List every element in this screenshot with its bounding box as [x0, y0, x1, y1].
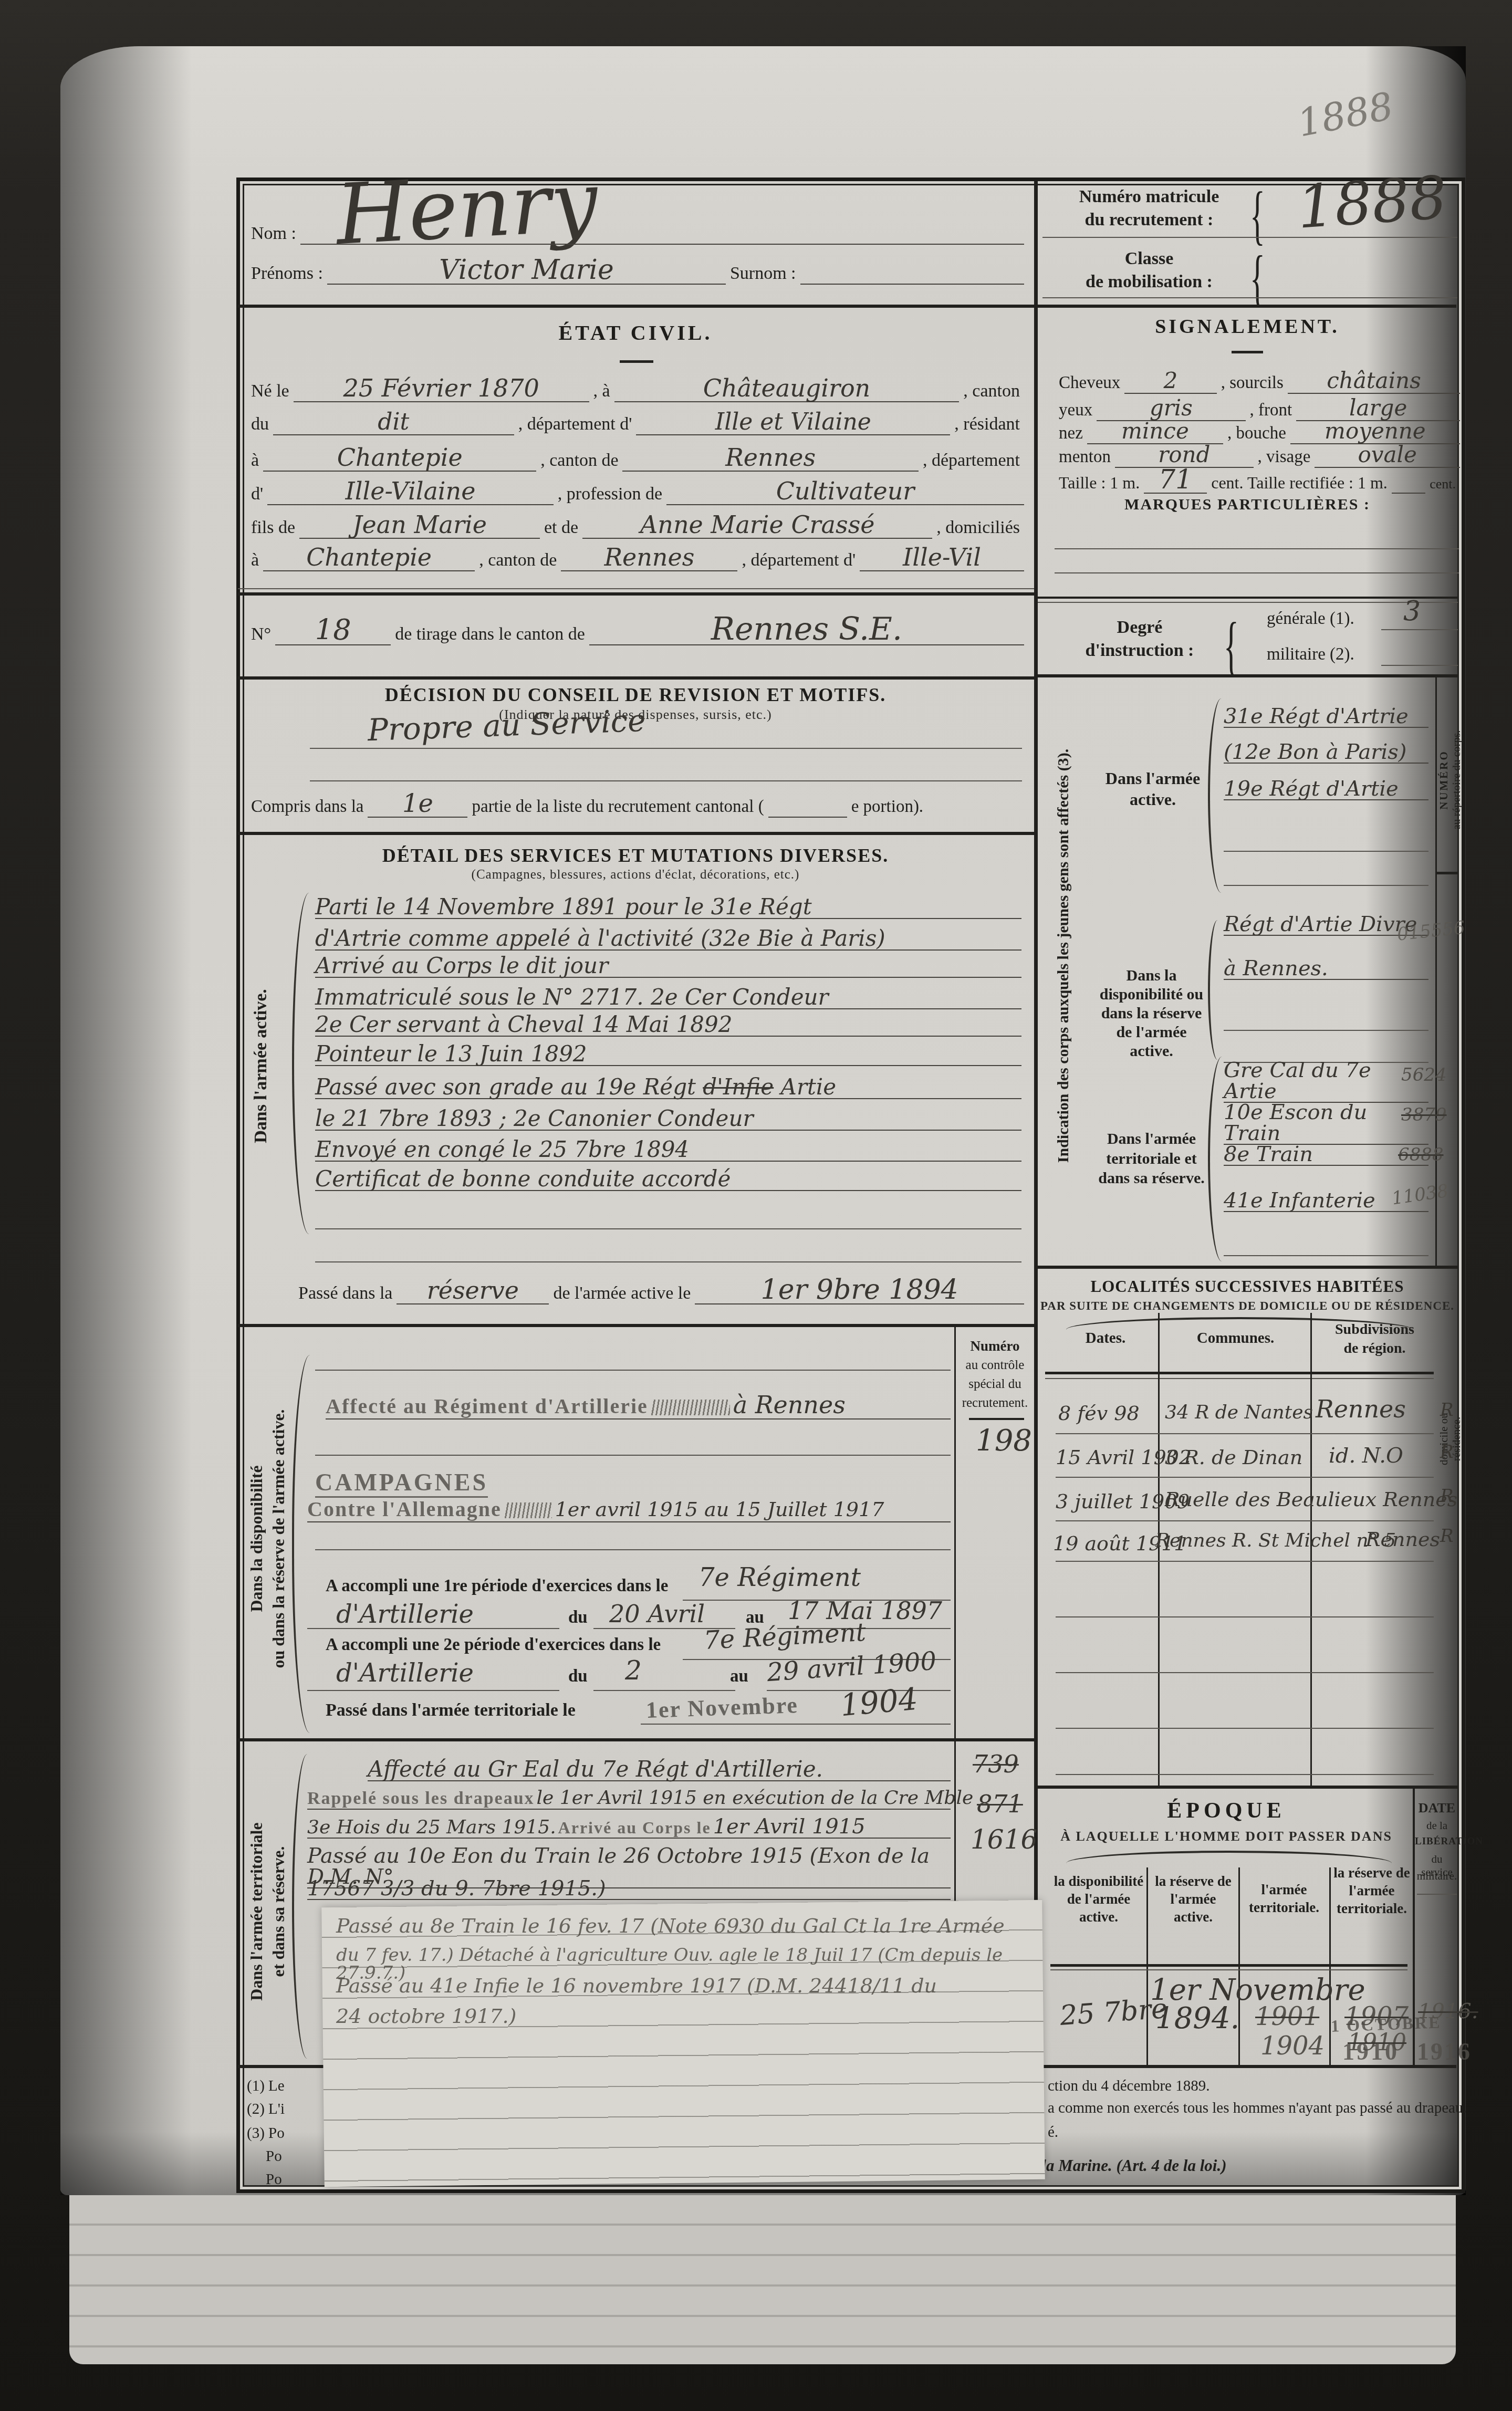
contre-allemagne-dates: 1er avril 1915 au 15 Juillet 1917 — [555, 1498, 884, 1521]
etat-line-6: à Chantepie , canton de Rennes , départe… — [247, 545, 1024, 571]
degre-label-1: Degré — [1071, 618, 1208, 638]
passe-date-field: 1er 9bre 1894 — [695, 1276, 1024, 1304]
loc-row4-commune: Rennes R. St Michel n° 5 — [1155, 1531, 1376, 1550]
ne-le-label: Né le — [247, 381, 294, 401]
cheveux-value: 2 — [1164, 370, 1178, 392]
dept-res-value: Ille-Vilaine — [346, 479, 476, 503]
compris-partie-value: 1e — [402, 791, 433, 816]
decision-bottom-divider — [238, 832, 1034, 835]
departement-value: Ille et Vilaine — [715, 411, 871, 434]
periode1-artillerie: d'Artillerie — [336, 1602, 474, 1627]
sig-row-3: nez mince , bouche moyenne — [1055, 420, 1460, 444]
rule — [307, 1628, 559, 1629]
blot-scribble — [505, 1502, 552, 1518]
canton-de-label: , canton de — [536, 451, 622, 471]
taille-value: 71 — [1159, 466, 1192, 493]
side-dispo-line-1: Dans la disponibilité — [247, 1465, 266, 1612]
domicilies-label: , domiciliés — [932, 518, 1024, 538]
nom-row: Nom : — [247, 224, 1024, 245]
father-field: Jean Marie — [299, 513, 540, 539]
nom-label: Nom : — [247, 224, 300, 244]
matricule-value: 1888 — [1295, 168, 1448, 237]
rule — [1045, 1378, 1434, 1379]
a-label: , à — [589, 381, 614, 401]
passe-reserve-value: réserve — [427, 1278, 519, 1302]
terr-line-9: 24 octobre 1917.) — [336, 2006, 1029, 2026]
tirage-num-field: 18 — [275, 616, 391, 645]
ep-col-line-3 — [1329, 1867, 1331, 2066]
terr-line-3a: 3e Hois du 25 Mars 1915. — [307, 1817, 556, 1838]
etat-line-3: à Chantepie , canton de Rennes , départe… — [247, 445, 1024, 472]
corps-dispo-entry-2: à Rennes. — [1224, 958, 1428, 980]
visage-field: ovale — [1315, 444, 1460, 468]
rule — [1381, 665, 1458, 666]
etat-line-2: du dit , département d' Ille et Vilaine … — [247, 411, 1024, 435]
ep-script-novembre: 1er Novembre — [1150, 1976, 1365, 2005]
etat-civil-dash — [620, 360, 653, 363]
etat-line-4: d' Ille-Vilaine , profession de Cultivat… — [247, 479, 1024, 505]
rule — [1056, 1728, 1434, 1729]
taille-rect-label: cent. Taille rectifiée : 1 m. — [1207, 473, 1392, 493]
bouche-label: , bouche — [1223, 424, 1290, 443]
rule — [1224, 1030, 1428, 1031]
compris-row: Compris dans la 1e partie de la liste du… — [247, 791, 1024, 818]
footnote-1-end: ction du 4 décembre 1889. — [1048, 2078, 1209, 2095]
footnote-2-end: a comme non exercés tous les hommes n'ay… — [1048, 2100, 1467, 2117]
periode2-au-label: au — [730, 1667, 748, 1686]
rule — [238, 588, 1034, 589]
canton-label: , canton — [959, 381, 1024, 401]
departement3-label: , département d' — [737, 550, 860, 570]
periode1-label: A accompli une 1re période d'exercices d… — [326, 1577, 668, 1596]
bouche-value: moyenne — [1325, 420, 1426, 442]
group-terr-label: Dans l'armée territoriale et dans sa rés… — [1098, 1129, 1205, 1188]
svc-line-6: Pointeur le 13 Juin 1892 — [315, 1043, 1021, 1066]
tirage-canton-value: Rennes S.E. — [711, 613, 902, 645]
et-de-label: et de — [540, 518, 582, 538]
visage-label: , visage — [1254, 447, 1315, 467]
svc-line-7: Passé avec son grade au 19e Régt d'Infie… — [315, 1076, 1021, 1099]
periode2-artillerie: d'Artillerie — [336, 1661, 474, 1686]
rule — [1042, 237, 1457, 238]
nez-label: nez — [1055, 424, 1087, 443]
sig-bottom-divider — [1038, 674, 1458, 677]
cheveux-field: 2 — [1124, 370, 1216, 394]
rule — [315, 1261, 1021, 1262]
side-terr-line-1: Dans l'armée territoriale — [247, 1822, 266, 2000]
rule — [1056, 1477, 1434, 1478]
group-dispo-label: Dans la disponibilité ou dans la réserve… — [1098, 966, 1205, 1061]
dispo-bottom-divider — [238, 1738, 1034, 1741]
loc-row4-subdiv: Rennes — [1365, 1529, 1440, 1549]
compris-label: Compris dans la — [247, 797, 368, 817]
rule — [1224, 851, 1428, 852]
rule — [315, 1455, 951, 1456]
gutter-shadow — [60, 46, 192, 2195]
rule — [1381, 629, 1458, 630]
signalement-title: SIGNALEMENT. — [1037, 315, 1457, 338]
compris-mid-label: partie de la liste du recrutement canton… — [467, 797, 768, 817]
rule — [1042, 297, 1457, 298]
ep-col4-header: la réserve de l'armée territoriale. — [1332, 1864, 1411, 1917]
corps-terr-entry-1: Gre Cal du 7e Artie — [1224, 1060, 1428, 1103]
canton3-label: , canton de — [475, 550, 561, 570]
sourcils-label: , sourcils — [1217, 373, 1288, 393]
numero-repertoire-label-2: au répertoire du corps. — [1450, 730, 1463, 830]
periode1-regiment: 7e Régiment — [698, 1565, 861, 1590]
svc-line-7a: Passé avec son grade au 19e Régt — [315, 1074, 696, 1100]
degre-label-2: d'instruction : — [1071, 641, 1208, 661]
svc-line-1: Parti le 14 Novembre 1891 pour le 31e Ré… — [315, 896, 1021, 919]
localites-top-divider — [1038, 1266, 1458, 1269]
footnote-2-start: (2) L'i — [247, 2101, 285, 2118]
terr-line-8: Passé au 41e Infie le 16 novembre 1917 (… — [336, 1976, 1029, 1996]
corps-terr-num-2: 3879 — [1401, 1106, 1447, 1124]
taille-label: Taille : 1 m. — [1055, 473, 1144, 493]
stamp-1910: 1910 — [1342, 2038, 1399, 2065]
rule — [1056, 1520, 1434, 1521]
residence-value: Chantepie — [337, 445, 463, 469]
degre-brace: { — [1224, 608, 1239, 684]
loc-row1-date: 8 fév 98 — [1058, 1403, 1140, 1423]
group-dispo-brace — [1208, 920, 1225, 1060]
periode2-start: 2 — [625, 1657, 642, 1684]
signalement-dash — [1232, 351, 1263, 353]
sig-row-5: Taille : 1 m. 71 cent. Taille rectifiée … — [1055, 466, 1460, 494]
terr-line-2-hw: le 1er Avril 1915 en exécution de la Cre… — [537, 1787, 974, 1809]
parents-dept-value: Ille-Vil — [903, 545, 981, 569]
mother-field: Anne Marie Crassé — [582, 513, 932, 539]
date-lib-header-1: DATE — [1415, 1800, 1459, 1816]
prenoms-field: Victor Marie — [327, 256, 726, 285]
loc-row1-mark: R — [1440, 1401, 1454, 1419]
prenoms-row: Prénoms : Victor Marie Surnom : — [247, 256, 1024, 285]
corps-terr-num-1: 5624 — [1401, 1066, 1447, 1084]
passe-territoriale-label: Passé dans l'armée territoriale le — [326, 1700, 576, 1720]
compris-end-label: e portion). — [847, 797, 927, 817]
rule — [1056, 1433, 1434, 1434]
contre-allemagne-line: Contre l'Allemagne1er avril 1915 au 15 J… — [307, 1497, 951, 1522]
parents-dept-field: Ille-Vil — [860, 545, 1024, 571]
corps-active-entry-1: 31e Régt d'Artrie — [1224, 706, 1428, 728]
ep-col2-header: la réserve de l'armée active. — [1150, 1873, 1236, 1926]
affecte-line: Affecté au Régiment d'Artillerieà Rennes — [326, 1393, 951, 1420]
col-dates-header: Dates. — [1056, 1330, 1155, 1347]
illegible-scribble — [651, 1400, 730, 1415]
rule — [1224, 1255, 1428, 1256]
compris-portion-field — [768, 797, 847, 818]
a3-label: à — [247, 550, 263, 570]
matricule-label-2: du recrutement : — [1055, 210, 1244, 230]
corps-active-entry-3: 19e Régt d'Artie — [1224, 778, 1428, 800]
rule — [1038, 602, 1458, 603]
cheveux-label: Cheveux — [1055, 373, 1124, 393]
surnom-field — [800, 264, 1024, 285]
col-subdiv-header-2: de région. — [1316, 1340, 1434, 1357]
premier-novembre-stamp: 1er Novembre — [645, 1692, 799, 1724]
passe-reserve-field: réserve — [397, 1278, 549, 1304]
page-stack-edge — [69, 2195, 1456, 2364]
corps-terr-num-3: 6888 — [1398, 1146, 1444, 1164]
terr-line-5: 17567 3/3 du 9. 7bre 1915.) — [307, 1878, 951, 1900]
footnote-5-start: Po — [266, 2171, 282, 2188]
tirage-num-value: 18 — [315, 616, 351, 644]
rule — [310, 780, 1022, 781]
loc-row3-mark: R — [1440, 1487, 1454, 1505]
prenoms-label: Prénoms : — [247, 264, 327, 284]
repertoire-margin-line — [1435, 677, 1437, 1267]
svc-line-9: Envoyé en congé le 25 7bre 1894 — [315, 1139, 1021, 1162]
rule — [1050, 1969, 1407, 1970]
menton-label: menton — [1055, 447, 1115, 467]
classe-label-2: de mobilisation : — [1055, 272, 1244, 292]
canton-dit-field: dit — [273, 411, 514, 435]
residant-label: , résidant — [950, 414, 1024, 434]
ep-col-line-1 — [1146, 1867, 1148, 2066]
generale-value: 3 — [1403, 598, 1421, 625]
svc-line-10: Certificat de bonne conduite accordé — [315, 1168, 1021, 1191]
rule-heavy — [1038, 597, 1458, 599]
controle-label-3: spécial du — [957, 1377, 1033, 1392]
periode2-du-label: du — [568, 1667, 588, 1686]
col-communes-header: Communes. — [1163, 1330, 1308, 1347]
sig-row-4: menton rond , visage ovale — [1055, 444, 1460, 468]
campagnes-stamp: CAMPAGNES — [315, 1468, 488, 1498]
loc-row2-commune: 3 R. de Dinan — [1165, 1447, 1302, 1467]
tirage-mid-label: de tirage dans le canton de — [391, 624, 589, 644]
services-title: DÉTAIL DES SERVICES ET MUTATIONS DIVERSE… — [236, 844, 1035, 867]
rule — [1056, 1672, 1434, 1673]
rule — [641, 1724, 951, 1725]
marques-title: MARQUES PARTICULIÈRES : — [1037, 496, 1457, 514]
profession-field: Cultivateur — [666, 479, 1024, 505]
corps-active-entry-2: (12e Bon à Paris) — [1224, 742, 1428, 764]
loc-row2-subdiv: id. N.O — [1329, 1445, 1403, 1466]
rule — [1055, 572, 1459, 573]
affecte-stamp: Affecté au Régiment d'Artillerie — [326, 1394, 648, 1418]
periode2-label: A accompli une 2e période d'exercices da… — [326, 1635, 661, 1655]
footnote-3-start: (3) Po — [247, 2125, 285, 2142]
residence-field: Chantepie — [263, 445, 536, 472]
rule — [310, 748, 1022, 749]
nez-field: mince — [1087, 420, 1223, 444]
birthdate-value: 25 Février 1870 — [343, 376, 539, 400]
terr-line-1: Affecté au Gr Eal du 7e Régt d'Artilleri… — [368, 1758, 951, 1781]
surnom-label: Surnom : — [726, 264, 800, 284]
side-label-indication-corps: Indication des corps auxquels les jeunes… — [1055, 680, 1078, 1231]
etat-bottom-divider — [238, 676, 1034, 680]
a2-label: à — [247, 451, 263, 471]
birthplace-field: Châteaugiron — [614, 376, 960, 402]
pasted-paper-overlay — [321, 1900, 1045, 2187]
svc-line-2: d'Artrie comme appelé à l'activité (32e … — [315, 927, 1021, 951]
controle-label-1: Numéro — [957, 1338, 1033, 1354]
rule — [593, 1690, 735, 1691]
parents-commune-field: Chantepie — [263, 545, 475, 571]
header-divider — [238, 305, 1456, 308]
svc-line-7b: Artie — [781, 1074, 837, 1100]
yeux-value: gris — [1150, 397, 1193, 419]
parents-canton-value: Rennes — [604, 545, 694, 569]
ep-terr-value-new: 1904 — [1260, 2033, 1325, 2059]
localites-subtitle: PAR SUITE DE CHANGEMENTS DE DOMICILE OU … — [1037, 1299, 1457, 1313]
periode1-du-label: du — [568, 1608, 588, 1627]
mother-value: Anne Marie Crassé — [640, 513, 874, 537]
compris-partie-field: 1e — [368, 791, 467, 818]
ep-col-line-2 — [1238, 1867, 1240, 2066]
terr-num-871: 871 — [977, 1792, 1023, 1816]
ep-col3-header: l'armée territoriale. — [1242, 1881, 1327, 1917]
repertoire-rule — [1437, 872, 1458, 874]
canton-res-field: Rennes — [622, 445, 919, 472]
date-lib-header-3: LIBÉRATION — [1415, 1836, 1459, 1848]
rule — [315, 1228, 1021, 1229]
periode1-start: 20 Avril — [609, 1602, 705, 1626]
bouche-field: moyenne — [1290, 420, 1460, 444]
terr-line-3: 3e Hois du 25 Mars 1915. Arrivé au Corps… — [307, 1816, 951, 1839]
etat-civil-title: ÉTAT CIVIL. — [236, 320, 1035, 345]
side-terr-line-2: et dans sa réserve. — [269, 1846, 288, 1977]
menton-value: rond — [1158, 444, 1210, 466]
sourcils-value: châtains — [1327, 370, 1421, 392]
rule — [1055, 548, 1459, 549]
svc-line-8: le 21 7bre 1893 ; 2e Canonier Condeur — [315, 1108, 1021, 1131]
svc-line-4: Immatriculé sous le N° 2717. 2e Cer Cond… — [315, 986, 1021, 1009]
epoque-subtitle: À LAQUELLE L'HOMME DOIT PASSER DANS — [1045, 1829, 1407, 1844]
stamp-1-octobre: 1 OCTOBRE — [1330, 2012, 1442, 2036]
canton-dit-value: dit — [378, 411, 409, 434]
rule — [1056, 1616, 1434, 1617]
loc-row4-mark: R — [1440, 1527, 1454, 1545]
controle-value: 198 — [976, 1426, 1032, 1456]
classe-label-1: Classe — [1055, 249, 1244, 269]
numero-repertoire-label-1: NUMÉRO — [1437, 750, 1450, 810]
cent-label: cent. — [1425, 476, 1460, 492]
group-active-label: Dans l'armée active. — [1103, 768, 1203, 810]
rule — [1417, 1894, 1457, 1895]
departement-label: , département d' — [514, 414, 637, 434]
father-value: Jean Marie — [352, 513, 487, 537]
side-dispo-line-2: ou dans la réserve de l'armée active. — [269, 1409, 288, 1668]
controle-rule — [969, 1418, 1024, 1420]
parents-canton-field: Rennes — [561, 545, 737, 571]
contre-allemagne-stamp: Contre l'Allemagne — [307, 1497, 502, 1521]
front-value: large — [1349, 397, 1407, 419]
dept-res-field: Ille-Vilaine — [267, 479, 554, 505]
d-label: d' — [247, 484, 267, 504]
generale-label: générale (1). — [1267, 609, 1354, 629]
passe-label: Passé dans la — [294, 1283, 397, 1303]
fils-de-label: fils de — [247, 518, 299, 538]
etat-line-1: Né le 25 Février 1870 , à Châteaugiron ,… — [247, 376, 1024, 402]
tirage-row: N° 18 de tirage dans le canton de Rennes… — [247, 613, 1024, 645]
sourcils-field: châtains — [1288, 370, 1460, 394]
decision-value: Propre au Service — [367, 705, 646, 745]
militaire-label: militaire (2). — [1267, 645, 1354, 664]
nom-field — [300, 224, 1024, 245]
services-bottom-divider — [238, 1324, 1034, 1327]
rule — [1056, 1774, 1434, 1775]
footnote-1-start: (1) Le — [247, 2078, 285, 2095]
repertoire-margin-label: NUMÉRO au répertoire du corps. — [1437, 680, 1464, 880]
visage-value: ovale — [1358, 444, 1417, 466]
date-lib-header-5: militaire. — [1415, 1870, 1459, 1883]
taille-rect-field — [1392, 473, 1425, 494]
terr-num-739: 739 — [973, 1752, 1019, 1776]
scanned-register-photo: 1888 Henry Nom : Prénoms : Victor Marie … — [0, 0, 1512, 2411]
main-column-divider — [1034, 181, 1038, 2068]
ep-reserve-value: 1894. — [1155, 2004, 1239, 2033]
loc-row3-commune: Ruelle des Beaulieux Rennes — [1165, 1489, 1427, 1509]
passe-reserve-row: Passé dans la réserve de l'armée active … — [294, 1276, 1024, 1304]
front-label: , front — [1246, 401, 1297, 420]
terr-line-3b: 1er Avril 1915 — [713, 1814, 866, 1839]
canton-res-value: Rennes — [725, 445, 816, 469]
rule — [315, 1370, 951, 1371]
sig-row-1: Cheveux 2 , sourcils châtains — [1055, 370, 1460, 394]
birthdate-field: 25 Février 1870 — [294, 376, 589, 402]
svc-line-5: 2e Cer servant à Cheval 14 Mai 1892 — [315, 1014, 1021, 1037]
terr-num-1616: 1616 — [971, 1826, 1037, 1853]
localites-title: LOCALITÉS SUCCESSIVES HABITÉES — [1037, 1277, 1457, 1296]
terr-line-2: Rappelé sous les drapeaux le 1er Avril 1… — [307, 1789, 951, 1810]
epoque-title: ÉPOQUE — [1045, 1798, 1407, 1823]
controle-label-2: au contrôle — [957, 1358, 1033, 1373]
ep-header-rule — [1050, 1964, 1407, 1967]
rule — [1224, 885, 1428, 886]
profession-label: , profession de — [554, 484, 666, 504]
ep-terr-value-old: 1901 — [1255, 2004, 1319, 2029]
birthplace-value: Châteaugiron — [703, 376, 870, 400]
rule — [1056, 1561, 1434, 1562]
side-label-armee-active: Dans l'armée active. — [251, 909, 278, 1224]
footnote-4-start: Po — [266, 2148, 282, 2165]
svc-line-7-struck: d'Infie — [703, 1074, 774, 1100]
du-label: du — [247, 414, 273, 434]
date-lib-header-2: de la — [1415, 1819, 1459, 1832]
passe-territoriale-year: 1904 — [839, 1684, 919, 1721]
controle-label-4: recrutement. — [957, 1396, 1033, 1411]
departement-field: Ille et Vilaine — [636, 411, 950, 435]
epoque-top-divider — [1038, 1786, 1458, 1789]
loc-header-rule — [1045, 1372, 1434, 1374]
prenoms-value: Victor Marie — [439, 256, 614, 284]
rule-heavy — [238, 592, 1034, 596]
tirage-canton-field: Rennes S.E. — [589, 613, 1024, 645]
footnote-3-end: é. — [1048, 2124, 1058, 2141]
taille-field: 71 — [1144, 466, 1207, 494]
arrive-corps-stamp: Arrivé au Corps le — [558, 1818, 711, 1837]
nez-value: mince — [1121, 420, 1189, 442]
loc-row1-subdiv: Rennes — [1316, 1397, 1406, 1421]
yeux-label: yeux — [1055, 401, 1097, 420]
profession-value: Cultivateur — [776, 479, 914, 503]
corps-terr-entry-2: 10e Escon du Train — [1224, 1102, 1428, 1145]
rule — [307, 1690, 559, 1691]
services-subtitle: (Campagnes, blessures, actions d'éclat, … — [236, 868, 1035, 882]
matricule-label-1: Numéro matricule — [1055, 187, 1244, 207]
rappele-stamp: Rappelé sous les drapeaux — [307, 1789, 535, 1808]
affecte-value: à Rennes — [733, 1391, 846, 1419]
loc-row2-mark: R — [1440, 1443, 1454, 1461]
passe-date-value: 1er 9bre 1894 — [761, 1276, 958, 1303]
numero-label: N° — [247, 624, 275, 644]
svc-line-3: Arrivé au Corps le dit jour — [315, 955, 1021, 978]
terr-line-6: Passé au 8e Train le 16 fev. 17 (Note 69… — [336, 1916, 1029, 1936]
departement2-label: , département — [919, 451, 1024, 471]
rule — [315, 1549, 951, 1550]
ep-col1-header: la disponibilité de l'armée active. — [1054, 1873, 1144, 1926]
